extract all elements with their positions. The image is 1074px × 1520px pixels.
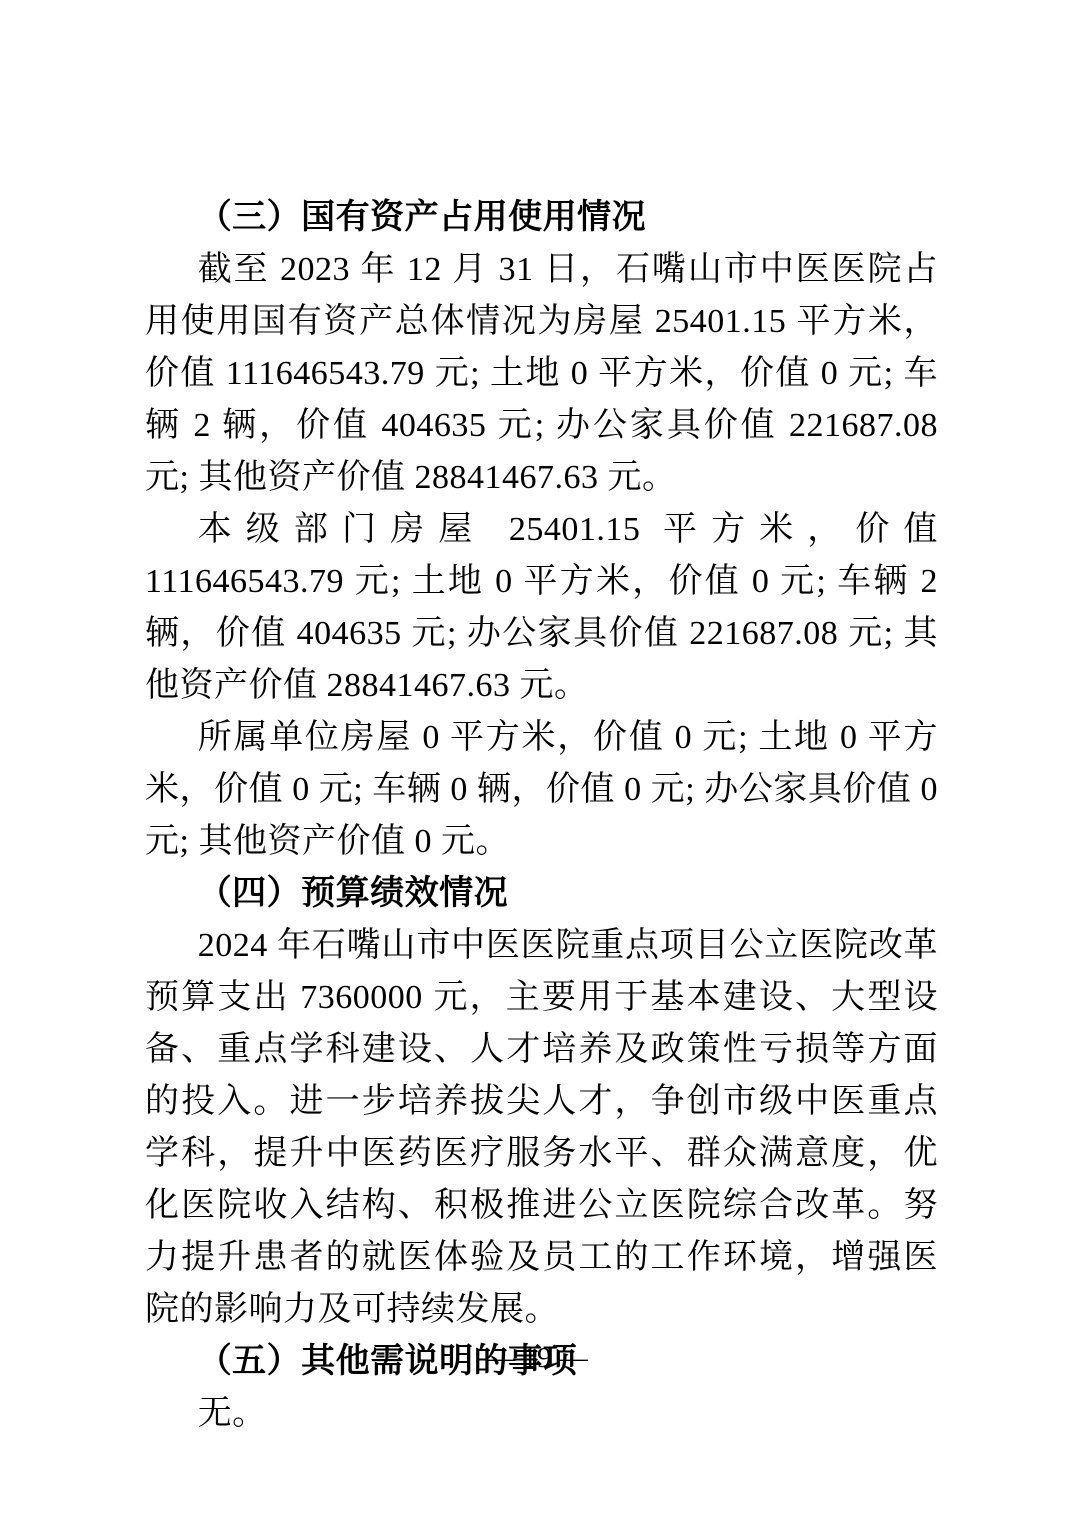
document-content: （三）国有资产占用使用情况 截至 2023 年 12 月 31 日，石嘴山市中医… <box>145 192 938 1440</box>
paragraph-other-matters: 无。 <box>145 1388 938 1440</box>
paragraph-department-level-assets: 本级部门房屋 25401.15 平方米，价值 111646543.79 元; 土… <box>145 504 938 712</box>
paragraph-budget-performance: 2024 年石嘴山市中医医院重点项目公立医院改革预算支出 7360000 元，主… <box>145 920 938 1336</box>
page-number: — 19 — <box>486 1342 588 1374</box>
section-heading-budget-performance: （四）预算绩效情况 <box>145 868 938 920</box>
section-heading-state-assets: （三）国有资产占用使用情况 <box>145 192 938 244</box>
paragraph-total-assets: 截至 2023 年 12 月 31 日，石嘴山市中医医院占用使用国有资产总体情况… <box>145 244 938 504</box>
page-footer: — 19 — <box>0 1336 1074 1380</box>
paragraph-subordinate-unit-assets: 所属单位房屋 0 平方米，价值 0 元; 土地 0 平方米，价值 0 元; 车辆… <box>145 712 938 868</box>
document-page: （三）国有资产占用使用情况 截至 2023 年 12 月 31 日，石嘴山市中医… <box>0 0 1074 1520</box>
